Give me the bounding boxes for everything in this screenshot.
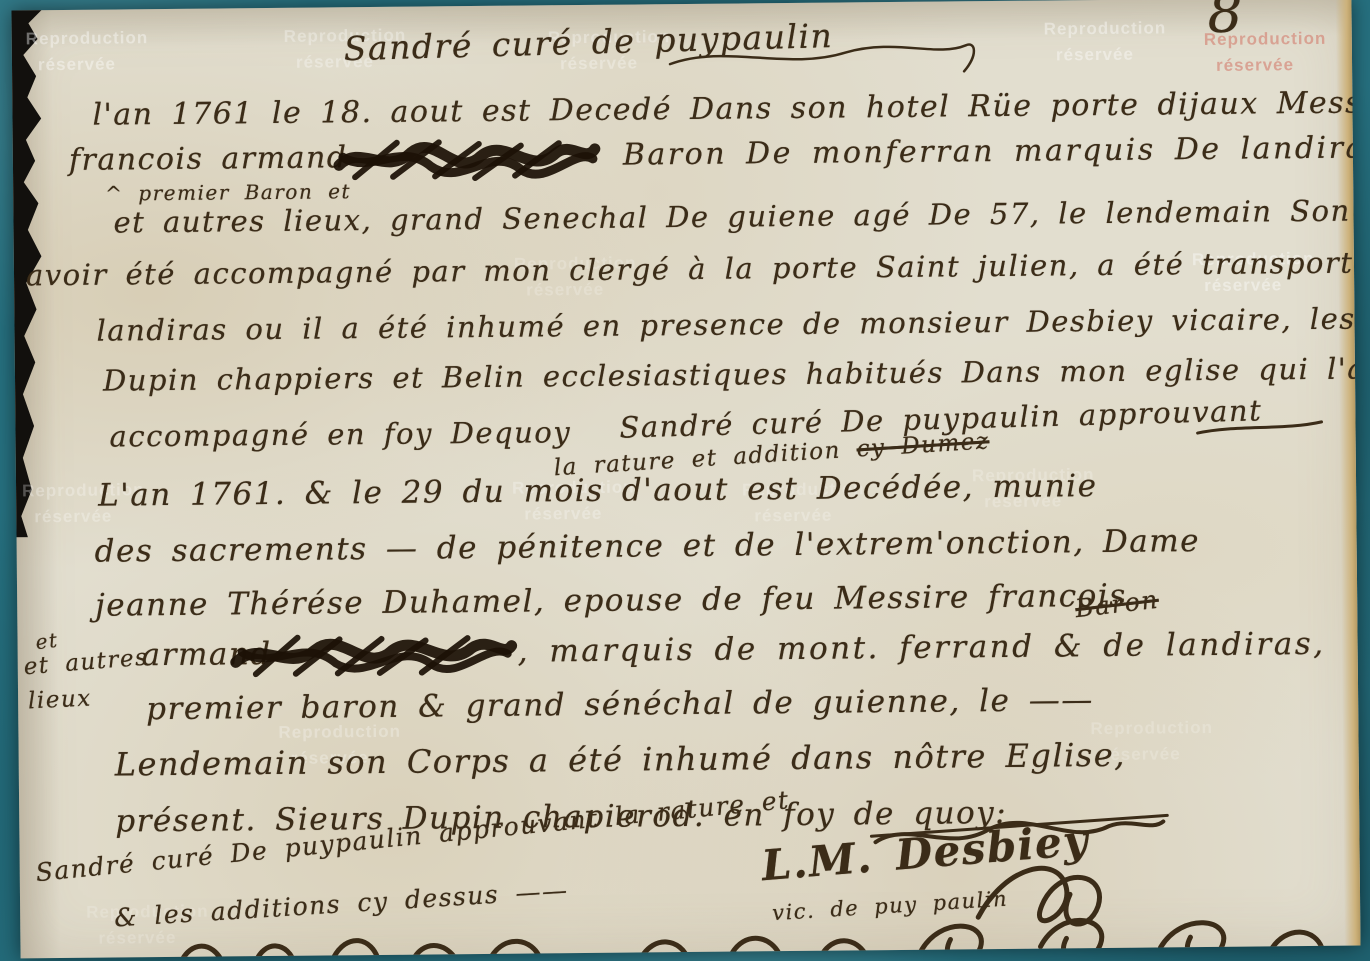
approval-flourish xyxy=(1195,416,1325,441)
header-flourish xyxy=(666,31,986,78)
entry1-line2-end: Baron De monferran marquis De landiras xyxy=(623,130,1361,172)
entry1-line2-start: francois armand xyxy=(69,140,348,178)
crossed-out-name-scribble xyxy=(331,129,604,190)
entry1-interline-addition: ^ premier Baron et xyxy=(105,179,351,205)
manuscript-page: Reproductionréservée Reproductionréservé… xyxy=(11,0,1360,958)
watermark: Reproductionréservée xyxy=(1044,15,1167,67)
entry2-line3: jeanne Thérése Duhamel, epouse de feu Me… xyxy=(95,578,1127,624)
archive-scan-viewport: Reproductionréservée Reproductionréservé… xyxy=(0,0,1370,961)
entry2-line5: premier baron & grand sénéchal de guienn… xyxy=(146,682,1094,727)
entry1-line7: accompagné en foy Dequoy xyxy=(109,415,571,453)
entry1-line6: Dupin chappiers et Belin ecclesiastiques… xyxy=(103,351,1361,398)
page-number: 8 xyxy=(1207,0,1244,45)
watermark: Reproductionréservée xyxy=(26,25,149,77)
entry2-line6: Lendemain son Corps a été inhumé dans nô… xyxy=(115,736,1126,784)
margin-caret: et xyxy=(34,628,59,654)
entry2-line2: des sacrements — de pénitence et de l'ex… xyxy=(95,523,1201,570)
entry2-line4-end: , marquis de mont. ferrand & de landiras… xyxy=(517,626,1325,670)
crossed-out-name-scribble xyxy=(227,624,518,685)
entry1-line5: landiras ou il a été inhumé en presence … xyxy=(96,300,1360,347)
entry1-line4: avoir été accompagné par mon clergé à la… xyxy=(26,245,1361,292)
margin-note-line2: lieux xyxy=(28,686,93,715)
entry1-line1: l'an 1761 le 18. aout est Decedé Dans so… xyxy=(92,85,1360,133)
entry2-line1: L'an 1761. & le 29 du mois d'aout est De… xyxy=(98,468,1098,514)
cut-off-bottom-line-strokes xyxy=(160,914,1340,959)
